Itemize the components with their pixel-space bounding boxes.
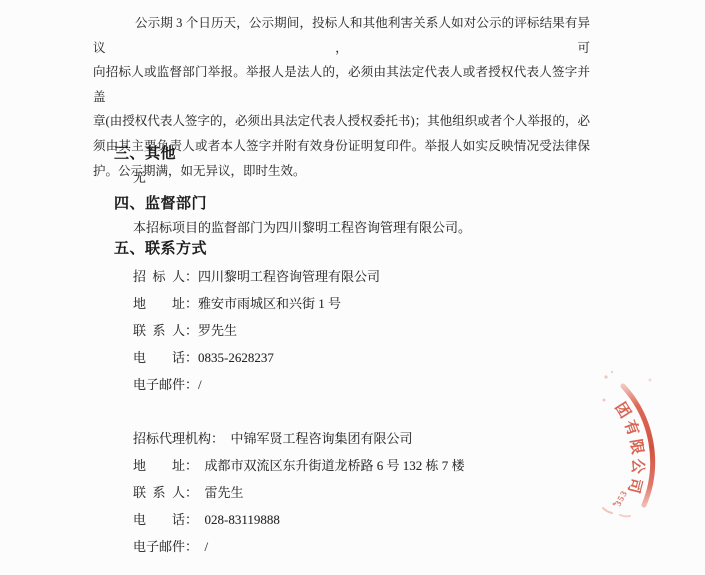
contact-value: 四川黎明工程咨询管理有限公司 bbox=[198, 269, 380, 284]
seal-character: 限 bbox=[627, 438, 647, 456]
contact-value: 雷先生 bbox=[205, 485, 244, 500]
section-heading-contact: 五、联系方式 bbox=[114, 240, 207, 258]
tenderer-contact-block: 招 标 人：四川黎明工程咨询管理有限公司 地 址：雅安市雨城区和兴街 1 号 联… bbox=[133, 263, 380, 398]
contact-row: 招 标 人：四川黎明工程咨询管理有限公司 bbox=[133, 263, 380, 290]
contact-label: 电子邮件： bbox=[133, 377, 198, 392]
document-page: 公示期 3 个日历天，公示期间，投标人和其他利害关系人如对公示的评标结果有异议，… bbox=[0, 0, 705, 575]
contact-row: 电 话：0835-2628237 bbox=[133, 344, 380, 371]
seal-rim-arc bbox=[623, 386, 653, 505]
contact-row: 联 系 人：罗先生 bbox=[133, 317, 380, 344]
contact-value: 罗先生 bbox=[198, 323, 237, 338]
contact-label: 招标代理机构： bbox=[133, 431, 231, 446]
seal-ink-specks bbox=[603, 371, 652, 506]
contact-label: 联 系 人： bbox=[133, 485, 205, 500]
contact-value: 雅安市雨城区和兴街 1 号 bbox=[198, 296, 341, 311]
seal-character: 有 bbox=[621, 418, 643, 438]
paragraph-line: 向招标人或监督部门举报。举报人是法人的，必须由其法定代表人或者授权代表人签字并盖 bbox=[93, 60, 590, 109]
section-supervision-body: 本招标项目的监督部门为四川黎明工程咨询管理有限公司。 bbox=[133, 219, 471, 237]
contact-label: 联 系 人： bbox=[133, 323, 198, 338]
contact-value: 028-83119888 bbox=[205, 512, 280, 527]
paragraph-line: 章(由授权代表人签字的，必须出具法定代表人授权委托书)；其他组织或者个人举报的，… bbox=[93, 109, 590, 134]
seal-number: 353 bbox=[613, 488, 630, 507]
seal-ink-smudges bbox=[603, 508, 630, 516]
contact-value: 中锦军贤工程咨询集团有限公司 bbox=[231, 431, 413, 446]
paragraph-line: 公示期 3 个日历天，公示期间，投标人和其他利害关系人如对公示的评标结果有异议，… bbox=[93, 11, 590, 60]
contact-value: / bbox=[205, 539, 209, 554]
contact-label: 电 话： bbox=[133, 350, 198, 365]
seal-character: 团 bbox=[611, 399, 634, 421]
section-heading-supervision: 四、监督部门 bbox=[114, 195, 207, 213]
contact-row: 招标代理机构： 中锦军贤工程咨询集团有限公司 bbox=[133, 425, 465, 452]
seal-character: 公 bbox=[629, 458, 647, 475]
contact-label: 地 址： bbox=[133, 296, 198, 311]
contact-row: 地 址：雅安市雨城区和兴街 1 号 bbox=[133, 290, 380, 317]
contact-row: 电 话： 028-83119888 bbox=[133, 506, 465, 533]
section-other-body: 无 bbox=[133, 169, 146, 187]
contact-value: / bbox=[198, 377, 202, 392]
section-heading-other: 三、其他 bbox=[114, 145, 176, 163]
contact-label: 电子邮件： bbox=[133, 539, 205, 554]
contact-label: 招 标 人： bbox=[133, 269, 198, 284]
contact-value: 0835-2628237 bbox=[198, 350, 274, 365]
contact-row: 电子邮件：/ bbox=[133, 371, 380, 398]
contact-row: 联 系 人： 雷先生 bbox=[133, 479, 465, 506]
contact-value: 成都市双流区东升街道龙桥路 6 号 132 栋 7 楼 bbox=[205, 458, 465, 473]
contact-row: 地 址： 成都市双流区东升街道龙桥路 6 号 132 栋 7 楼 bbox=[133, 452, 465, 479]
seal-character: 司 bbox=[625, 476, 646, 495]
agency-contact-block: 招标代理机构： 中锦军贤工程咨询集团有限公司 地 址： 成都市双流区东升街道龙桥… bbox=[133, 425, 465, 560]
contact-row: 电子邮件： / bbox=[133, 533, 465, 560]
contact-label: 电 话： bbox=[133, 512, 205, 527]
contact-label: 地 址： bbox=[133, 458, 205, 473]
